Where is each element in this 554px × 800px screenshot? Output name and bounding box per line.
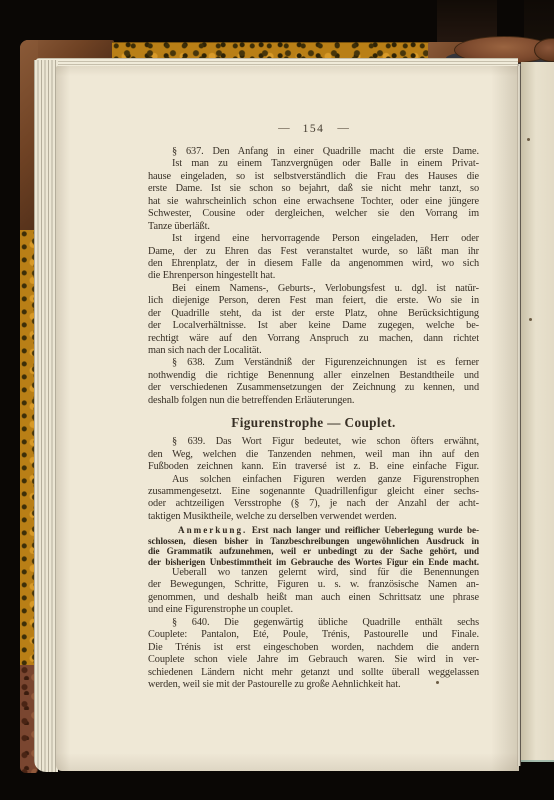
text-line: die Ehrenperson hingestellt hat.: [148, 270, 479, 282]
book-page: —154— § 637. Den Anfang in einer Quadril…: [56, 66, 519, 771]
text-line: oder achtzeiligen Versstrophe (§ 7), je …: [148, 498, 479, 510]
text-line: hause eingeladen, so ist selbstverständl…: [148, 171, 479, 183]
body-paragraph: Bei einem Namens-, Geburts-, Verlobungsf…: [148, 283, 479, 358]
body-paragraph: Ist irgend eine hervorragende Person ein…: [148, 233, 479, 283]
text-line: den Weg, welchen die Tanzenden nehmen, w…: [148, 449, 479, 461]
text-line: der Localverhältnisse. Ist aber keine Da…: [148, 320, 479, 332]
text-line: § 638. Zum Verständniß der Figurenzeichn…: [148, 357, 479, 369]
text-line: der verschiedenen Zusammensetzungen der …: [148, 382, 479, 394]
text-line: Bei einem Namens-, Geburts-, Verlobungsf…: [148, 283, 479, 295]
body-paragraph: § 640. Die gegenwärtig übliche Quadrille…: [148, 617, 479, 692]
text-line: man sich nach der Localität.: [148, 345, 479, 357]
text-line: Fußboden zeichnen kann. Ein traversé ist…: [148, 461, 479, 473]
note-label: Anmerkung.: [178, 525, 247, 535]
text-line: Die Trénis ist erst eingeschoben worden,…: [148, 642, 479, 654]
body-paragraph: Aus solchen einfachen Figuren werden gan…: [148, 474, 479, 524]
page-number-header: —154—: [148, 122, 479, 136]
text-line: Anmerkung. Erst nach langer und reiflich…: [148, 525, 479, 535]
text-line: genommen, und deshalb heißt man auch ein…: [148, 592, 479, 604]
header-dash-left: —: [278, 122, 290, 134]
text-line: werden, weil sie mit der Pastourelle zu …: [148, 679, 479, 691]
text-column: —154— § 637. Den Anfang in einer Quadril…: [148, 122, 479, 691]
text-line: der Quadrille steht, da ist der erste Pl…: [148, 308, 479, 320]
text-line: zusammengesetzt. Eine sogenannte Quadril…: [148, 486, 479, 498]
page-number: 154: [303, 123, 325, 135]
facing-page-sliver: [521, 62, 554, 762]
body-paragraph: § 639. Das Wort Figur bedeutet, wie scho…: [148, 436, 479, 473]
text-line: nothwendig die richtige Benennung aller …: [148, 370, 479, 382]
text-line: schlossen, diesen bisher in Tanzbeschrei…: [148, 536, 479, 546]
text-line: die Grammatik aufzunehmen, weil er unbed…: [148, 546, 479, 556]
note-paragraph: Anmerkung. Erst nach langer und reiflich…: [148, 525, 479, 567]
body-paragraph: Ist man zu einem Tanzvergnügen oder Ball…: [148, 158, 479, 233]
text-line: den Ehrenplatz, der in diesem Falle da a…: [148, 258, 479, 270]
text-line: und eine Figurenstrophe un couplet.: [148, 604, 479, 616]
text-line: schiedenen Ländern nicht mehr getanzt un…: [148, 667, 479, 679]
section-heading: Figurenstrophe — Couplet.: [148, 414, 479, 431]
body-paragraph: § 637. Den Anfang in einer Quadrille mac…: [148, 146, 479, 158]
text-line: § 640. Die gegenwärtig übliche Quadrille…: [148, 617, 479, 629]
text-line: hat sie wahrscheinlich schon eine erwach…: [148, 196, 479, 208]
text-line: § 637. Den Anfang in einer Quadrille mac…: [148, 146, 479, 158]
page-stack-left-edge: [34, 60, 58, 772]
text-line: erste Dame. Ist sie schon so bejahrt, da…: [148, 183, 479, 195]
text-line: Schwester, Cousine oder dergleichen, wel…: [148, 208, 479, 220]
text-line: Ist irgend eine hervorragende Person ein…: [148, 233, 479, 245]
book-photo: —154— § 637. Den Anfang in einer Quadril…: [0, 0, 554, 800]
text-line: § 639. Das Wort Figur bedeutet, wie scho…: [148, 436, 479, 448]
body-paragraph: Ueberall wo tanzen gelernt wird, sind fü…: [148, 567, 479, 617]
text-line: lich diejenige Person, deren Fest man fe…: [148, 295, 479, 307]
text-line: der Bewegungen, Schritte, Figuren u. s. …: [148, 579, 479, 591]
text-line: deshalb folgen nun die betreffenden Erlä…: [148, 395, 479, 407]
paper-speck: [527, 138, 530, 141]
text-line: Tanze überläßt.: [148, 221, 479, 233]
text-line: Couplete schon viele Jahre im Gebrauch w…: [148, 654, 479, 666]
text-line: Dame, der zu Ehren das Fest veranstaltet…: [148, 246, 479, 258]
text-line: der bisherigen Unbestimmtheit im Gebrauc…: [148, 557, 479, 567]
text-line: Ist man zu einem Tanzvergnügen oder Ball…: [148, 158, 479, 170]
text-line: Figurenstrophe — Couplet.: [148, 414, 479, 431]
text-line: taktigen Musiktheile, welche zu derselbe…: [148, 511, 479, 523]
text-line: Ueberall wo tanzen gelernt wird, sind fü…: [148, 567, 479, 579]
text-line: rechtigt wäre auf den Vorrang Anspruch z…: [148, 333, 479, 345]
facing-page-bottom-edge: [521, 760, 554, 762]
text-line: Couplete: Pantalon, Eté, Poule, Trénis, …: [148, 629, 479, 641]
paper-speck: [529, 318, 532, 321]
text-line: Aus solchen einfachen Figuren werden gan…: [148, 474, 479, 486]
header-dash-right: —: [337, 122, 349, 134]
body-paragraph: § 638. Zum Verständniß der Figurenzeichn…: [148, 357, 479, 407]
paper-speck: [436, 681, 439, 684]
